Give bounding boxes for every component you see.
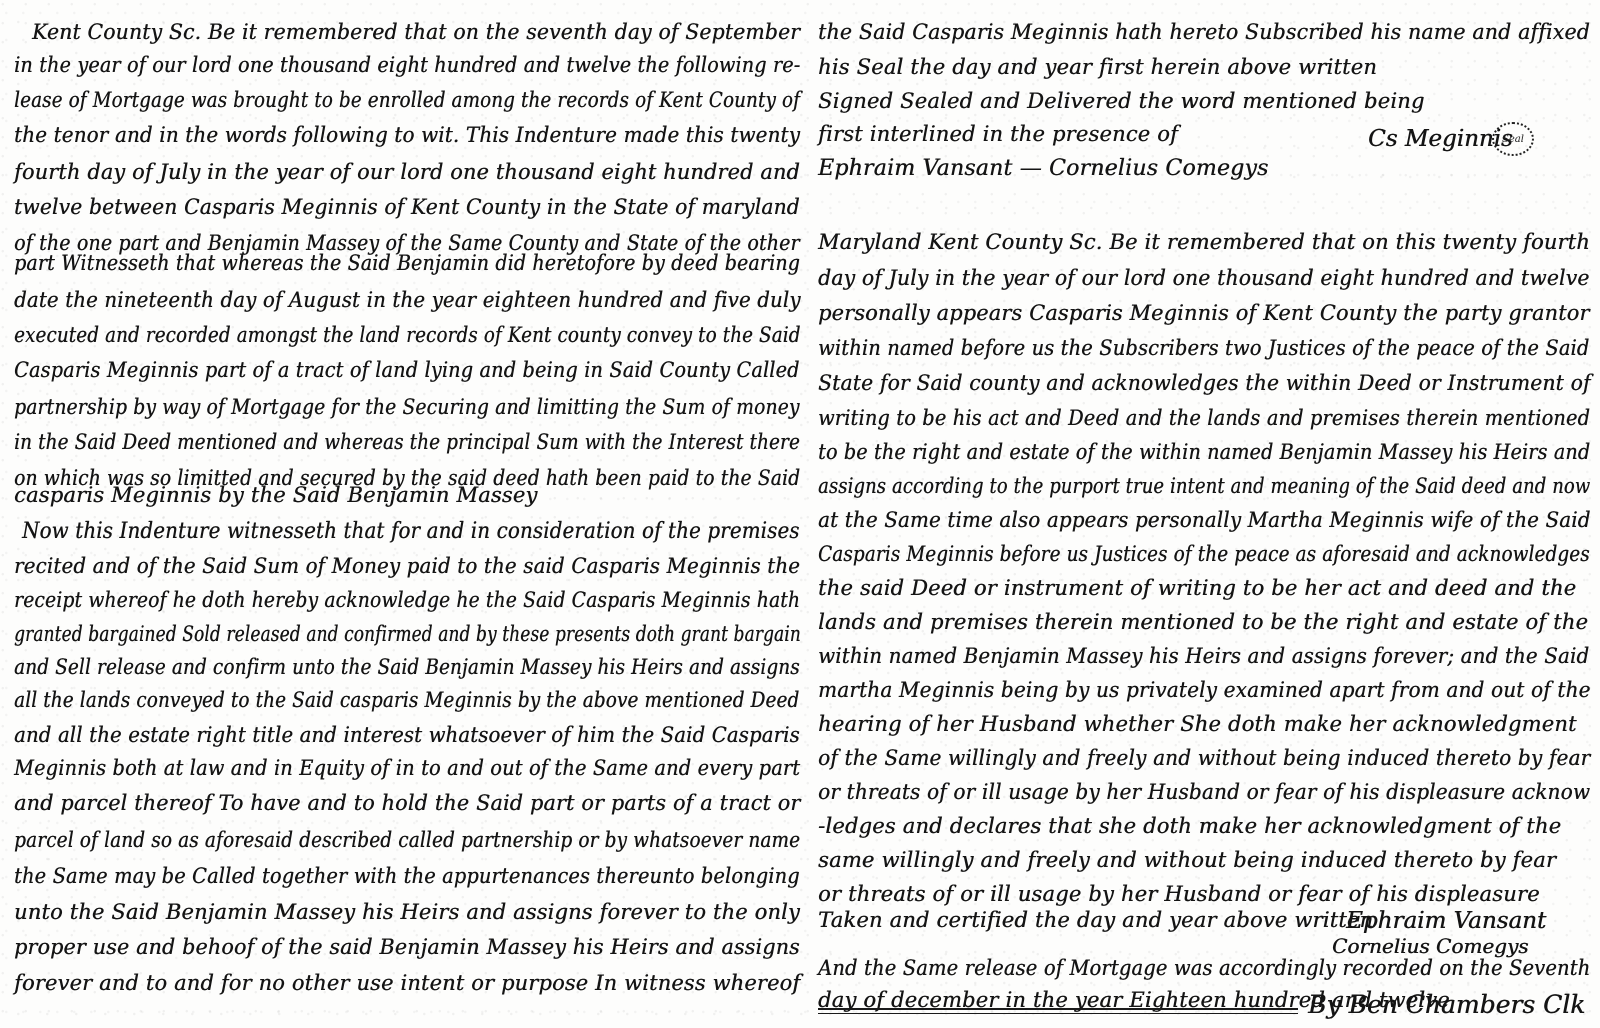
deed-line: Casparis Meginnis part of a tract of lan… — [14, 360, 800, 381]
deed-line: in the year of our lord one thousand eig… — [14, 55, 800, 76]
acknowledgment-line: writing to be his act and Deed and the l… — [818, 408, 1590, 429]
acknowledgment-line: same willingly and freely and without be… — [818, 850, 1556, 871]
deed-line: Meginnis both at law and in Equity of in… — [14, 758, 800, 779]
deed-line: receipt whereof he doth hereby acknowled… — [14, 590, 800, 611]
closing-rule-double — [818, 1013, 1298, 1014]
deed-line: fourth day of July in the year of our lo… — [14, 162, 800, 183]
deed-line: lease of Mortgage was brought to be enro… — [14, 90, 800, 111]
certification-line: Taken and certified the day and year abo… — [818, 910, 1373, 931]
acknowledgment-line: martha Meginnis being by us privately ex… — [818, 680, 1591, 701]
deed-line: partnership by way of Mortgage for the S… — [14, 397, 800, 418]
acknowledgment-line: lands and premises therein mentioned to … — [818, 612, 1588, 633]
deed-line: proper use and behoof of the said Benjam… — [14, 937, 800, 958]
execution-line: his Seal the day and year first herein a… — [818, 57, 1377, 78]
deed-line: part Witnesseth that whereas the Said Be… — [14, 253, 800, 274]
deed-line: recited and of the Said Sum of Money pai… — [14, 556, 800, 577]
acknowledgment-line: State for Said county and acknowledges t… — [818, 373, 1591, 394]
deed-line: Kent County Sc. Be it remembered that on… — [32, 22, 800, 43]
acknowledgment-line: Maryland Kent County Sc. Be it remembere… — [818, 232, 1590, 253]
deed-line: the tenor and in the words following to … — [14, 125, 800, 146]
deed-line: forever and to and for no other use inte… — [14, 973, 800, 994]
deed-line: granted bargained Sold released and conf… — [14, 624, 801, 645]
acknowledgment-line: -ledges and declares that she doth make … — [818, 816, 1561, 837]
deed-line: date the nineteenth day of August in the… — [14, 290, 801, 311]
acknowledgment-line: the said Deed or instrument of writing t… — [818, 578, 1576, 599]
deed-line: executed and recorded amongst the land r… — [14, 325, 800, 346]
seal-label: Seal — [1502, 134, 1524, 145]
witness-signatures: Ephraim Vansant — Cornelius Comegys — [818, 158, 1268, 180]
deed-line: and Sell release and confirm unto the Sa… — [14, 657, 800, 678]
acknowledgment-line: within named before us the Subscribers t… — [818, 338, 1589, 359]
deed-line-now-this-indenture: Now this Indenture witnesseth that for a… — [22, 521, 800, 543]
acknowledgment-line: Casparis Meginnis before us Justices of … — [818, 544, 1590, 565]
acknowledgment-line: of the Same willingly and freely and wit… — [818, 748, 1590, 769]
deed-line: and all the estate right title and inter… — [14, 725, 800, 746]
deed-line: the Same may be Called together with the… — [14, 866, 800, 887]
execution-line: Signed Sealed and Delivered the word men… — [818, 91, 1424, 112]
acknowledgment-line: hearing of her Husband whether She doth … — [818, 714, 1577, 735]
execution-line: the Said Casparis Meginnis hath hereto S… — [818, 22, 1590, 43]
seal-icon: Seal — [1492, 122, 1534, 156]
recording-line: And the Same release of Mortgage was acc… — [818, 958, 1590, 979]
deed-line: unto the Said Benjamin Massey his Heirs … — [14, 902, 800, 923]
deed-line: casparis Meginnis by the Said Benjamin M… — [14, 485, 537, 506]
acknowledgment-line: day of July in the year of our lord one … — [818, 268, 1589, 289]
acknowledgment-line: assigns according to the purport true in… — [818, 476, 1590, 497]
clerk-signature: By Ben Chambers Clk — [1308, 990, 1585, 1019]
acknowledgment-line: to be the right and estate of the within… — [818, 442, 1590, 463]
acknowledgment-line: or threats of or ill usage by her Husban… — [818, 884, 1540, 905]
acknowledgment-line: within named Benjamin Massey his Heirs a… — [818, 646, 1589, 667]
deed-line: parcel of land so as aforesaid described… — [14, 830, 800, 851]
acknowledgment-line: or threats of or ill usage by her Husban… — [818, 782, 1590, 803]
deed-line: and parcel thereof To have and to hold t… — [14, 793, 800, 814]
closing-rule — [818, 1008, 1298, 1010]
deed-line: all the lands conveyed to the Said caspa… — [14, 690, 799, 711]
justice-signature-vansant: Ephraim Vansant — [1346, 908, 1546, 934]
deed-line: twelve between Casparis Meginnis of Kent… — [14, 197, 800, 218]
deed-line: in the Said Deed mentioned and whereas t… — [14, 432, 800, 453]
acknowledgment-line: personally appears Casparis Meginnis of … — [818, 303, 1590, 324]
justice-signature-comegys: Cornelius Comegys — [1332, 934, 1528, 958]
document-page: Kent County Sc. Be it remembered that on… — [0, 0, 1600, 1028]
execution-line: first interlined in the presence of — [818, 124, 1178, 145]
acknowledgment-line: at the Same time also appears personally… — [818, 510, 1591, 531]
